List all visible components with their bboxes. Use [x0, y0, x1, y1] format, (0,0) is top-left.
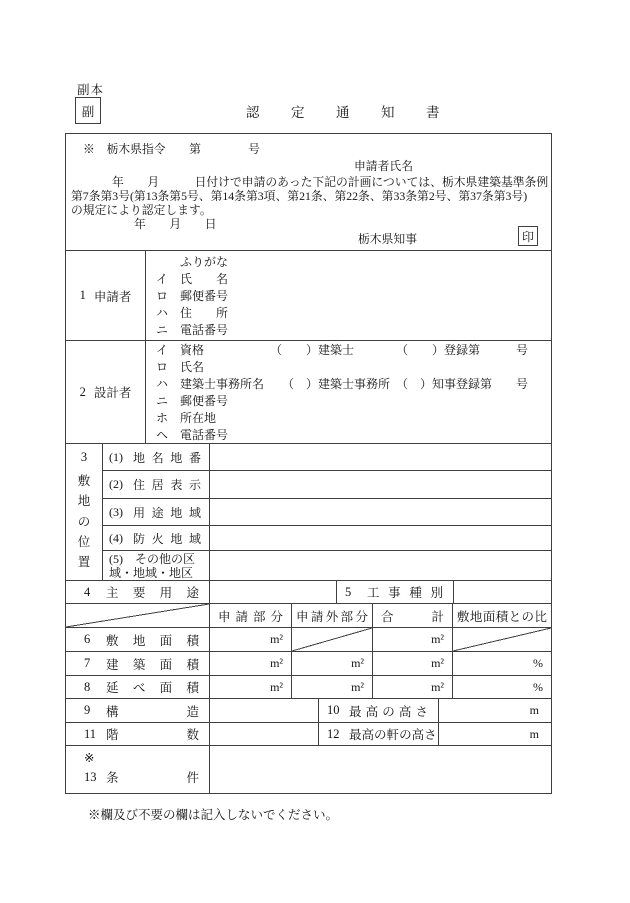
max-eaves-height-unit: m — [439, 723, 551, 745]
floor-area-text: 延べ面積 — [106, 678, 199, 696]
fire-district-value — [210, 526, 551, 550]
lot-number-text: 地名地番 — [133, 449, 201, 466]
max-height-unit: m — [439, 699, 551, 722]
col-header-site-ratio-text: 敷地面積との比 — [457, 607, 547, 625]
conditions-label: ※ 13 条件 — [66, 746, 210, 793]
residence-indication-no: (2) — [109, 477, 133, 492]
construction-type-text: 工事種別 — [367, 583, 443, 601]
construction-type-value — [454, 581, 551, 603]
designer-phone-label: ヘ 電話番号 — [156, 427, 551, 444]
use-district-label: (3) 用途地域 — [103, 499, 210, 525]
conditions-row: ※ 13 条件 — [66, 746, 551, 793]
site-area-text: 敷地面積 — [106, 631, 199, 649]
building-area-number: 7 — [84, 656, 106, 671]
site-area-applied-unit: m² — [210, 628, 292, 651]
building-area-outside-unit: m² — [292, 652, 373, 675]
designer-fields: イ 資格 （ ）建築士 （ ）登録第 号 ロ 氏名 ハ 建築士事務所名 （ ）建… — [146, 341, 551, 443]
fire-district-label: (4) 防火地域 — [103, 526, 210, 550]
form-table: ※ 栃木県指令 第 号 申請者氏名 年 月 日付けで申請のあった下記の計画につい… — [65, 133, 552, 794]
corner-diagonal-cell — [66, 604, 210, 627]
governor-label: 栃木県知事 — [358, 230, 417, 247]
other-districts-line2: 域・地域・地区 — [109, 566, 205, 580]
max-height-label: 10 最高の高さ — [319, 699, 439, 722]
designer-row-label: 2 設計者 — [66, 341, 146, 443]
applicant-name-label: 申請者氏名 — [354, 157, 413, 174]
lot-number-no: (1) — [109, 450, 133, 465]
site-subrow-lot-number: (1) 地名地番 — [103, 444, 551, 471]
fire-district-text: 防火地域 — [133, 530, 201, 547]
col-header-total: 合計 — [373, 604, 453, 627]
site-location-vertical-label: 3 敷地の位置 — [66, 444, 103, 580]
site-area-total-unit: m² — [373, 628, 453, 651]
residence-indication-value — [210, 471, 551, 498]
site-area-label: 6 敷地面積 — [66, 628, 210, 651]
building-area-ratio-unit: % — [453, 652, 551, 675]
max-eaves-height-text: 最高の軒の高さ — [349, 725, 437, 743]
col-header-site-ratio: 敷地面積との比 — [453, 604, 551, 627]
other-districts-label: (5) その他の区 域・地域・地区 — [103, 551, 210, 580]
principal-use-label: 4 主要用途 — [66, 581, 210, 603]
designer-qualification-label: イ 資格 （ ）建築士 （ ）登録第 号 — [156, 342, 551, 359]
site-subrow-fire-district: (4) 防火地域 — [103, 526, 551, 551]
other-districts-line1: (5) その他の区 — [109, 552, 205, 566]
structure-height-row: 9 構造 10 最高の高さ m — [66, 699, 551, 723]
conditions-asterisk: ※ — [84, 750, 199, 766]
building-area-text: 建築面積 — [106, 655, 199, 673]
fire-district-no: (4) — [109, 531, 133, 546]
principal-use-number: 4 — [84, 585, 106, 600]
designer-row-number: 2 — [80, 385, 86, 400]
designer-row-title: 設計者 — [94, 383, 132, 401]
header-block: ※ 栃木県指令 第 号 申請者氏名 年 月 日付けで申請のあった下記の計画につい… — [66, 134, 551, 251]
page-title: 認 定 通 知 書 — [246, 101, 449, 121]
max-eaves-height-label: 12 最高の軒の高さ — [319, 723, 439, 745]
applicant-name-field-label: イ 氏 名 — [156, 271, 551, 288]
lot-number-label: (1) 地名地番 — [103, 444, 210, 470]
site-subrow-other-districts: (5) その他の区 域・地域・地区 — [103, 551, 551, 580]
col-header-applied: 申請部分 — [210, 604, 292, 627]
floor-area-ratio-unit: % — [453, 676, 551, 698]
designer-row: 2 設計者 イ 資格 （ ）建築士 （ ）登録第 号 ロ 氏名 ハ 建築士事務所… — [66, 341, 551, 444]
lot-number-value — [210, 444, 551, 470]
directive-number-line: ※ 栃木県指令 第 号 — [83, 140, 260, 157]
site-area-number: 6 — [84, 632, 106, 647]
col-header-applied-text: 申請部分 — [218, 607, 283, 625]
building-area-label: 7 建築面積 — [66, 652, 210, 675]
site-location-number: 3 — [81, 450, 87, 465]
max-eaves-height-number: 12 — [327, 727, 349, 742]
site-location-subrows: (1) 地名地番 (2) 住居表示 (3) 用途地域 — [103, 444, 551, 580]
floor-area-applied-unit: m² — [210, 676, 292, 698]
designer-location-label: ホ 所在地 — [156, 410, 551, 427]
max-height-text: 最高の高さ — [349, 702, 428, 720]
stories-text: 階数 — [106, 725, 199, 743]
structure-label: 9 構造 — [66, 699, 210, 722]
date-line: 年 月 日 — [134, 215, 217, 232]
construction-type-label: 5 工事種別 — [337, 581, 454, 603]
floor-area-row: 8 延べ面積 m² m² m² % — [66, 676, 551, 699]
stories-number: 11 — [84, 727, 106, 742]
designer-office-label: ハ 建築士事務所名 （ ）建築士事務所 （ ）知事登録第 号 — [156, 376, 551, 393]
floor-area-label: 8 延べ面積 — [66, 676, 210, 698]
applicant-furigana-label: ふりがな — [156, 254, 551, 271]
col-header-outside: 申請外部分 — [292, 604, 373, 627]
duplicate-stamp-box: 副 — [75, 97, 101, 124]
duplicate-stamp: 副 — [82, 102, 95, 120]
site-location-row: 3 敷地の位置 (1) 地名地番 (2) 住居表示 — [66, 444, 551, 581]
floor-area-total-unit: m² — [373, 676, 453, 698]
applicant-row-number: 1 — [80, 288, 86, 303]
floor-area-outside-unit: m² — [292, 676, 373, 698]
footnote: ※欄及び不要の欄は記入しないでください。 — [88, 805, 338, 823]
principal-use-text: 主要用途 — [106, 583, 199, 601]
site-area-row: 6 敷地面積 m² m² — [66, 628, 551, 652]
structure-text: 構造 — [106, 702, 199, 720]
structure-value — [210, 699, 319, 722]
conditions-text: 条件 — [106, 768, 199, 786]
applicant-row-title: 申請者 — [94, 287, 132, 305]
site-area-outside-diagonal — [292, 628, 373, 651]
residence-indication-text: 住居表示 — [133, 476, 201, 493]
use-district-text: 用途地域 — [133, 504, 201, 521]
max-height-number: 10 — [327, 703, 349, 718]
applicant-row: 1 申請者 ふりがな イ 氏 名 ロ 郵便番号 ハ 住 所 ニ 電話番号 — [66, 251, 551, 341]
area-header-row: 申請部分 申請外部分 合計 敷地面積との比 — [66, 604, 551, 628]
floor-area-number: 8 — [84, 680, 106, 695]
residence-indication-label: (2) 住居表示 — [103, 471, 210, 498]
designer-name-label: ロ 氏名 — [156, 359, 551, 376]
designer-postal-label: ニ 郵便番号 — [156, 393, 551, 410]
site-subrow-use-district: (3) 用途地域 — [103, 499, 551, 526]
construction-type-number: 5 — [345, 585, 367, 600]
col-header-total-text: 合計 — [381, 607, 444, 625]
duplicate-label: 副本 — [77, 80, 104, 98]
applicant-fields: ふりがな イ 氏 名 ロ 郵便番号 ハ 住 所 ニ 電話番号 — [146, 251, 551, 340]
structure-number: 9 — [84, 703, 106, 718]
seal-box: 印 — [518, 226, 538, 246]
applicant-postal-field-label: ロ 郵便番号 — [156, 288, 551, 305]
certification-notice-form: 副本 副 認 定 通 知 書 ※ 栃木県指令 第 号 申請者氏名 年 月 日付け… — [0, 0, 630, 903]
site-location-vertical-text: 敷地の位置 — [78, 471, 91, 570]
use-district-value — [210, 499, 551, 525]
building-area-applied-unit: m² — [210, 652, 292, 675]
applicant-address-field-label: ハ 住 所 — [156, 305, 551, 322]
stories-value — [210, 723, 319, 745]
principal-use-value — [210, 581, 337, 603]
conditions-number: 13 — [84, 770, 106, 785]
applicant-phone-field-label: ニ 電話番号 — [156, 322, 551, 339]
use-district-no: (3) — [109, 505, 133, 520]
col-header-outside-text: 申請外部分 — [296, 607, 368, 625]
seal-glyph: 印 — [522, 228, 534, 245]
use-and-worktype-row: 4 主要用途 5 工事種別 — [66, 581, 551, 604]
conditions-value — [210, 746, 551, 793]
site-area-ratio-diagonal — [453, 628, 551, 651]
applicant-row-label: 1 申請者 — [66, 251, 146, 340]
other-districts-value — [210, 551, 551, 580]
building-area-row: 7 建築面積 m² m² m² % — [66, 652, 551, 676]
stories-label: 11 階数 — [66, 723, 210, 745]
building-area-total-unit: m² — [373, 652, 453, 675]
site-subrow-residence-indication: (2) 住居表示 — [103, 471, 551, 499]
stories-eaves-row: 11 階数 12 最高の軒の高さ m — [66, 723, 551, 746]
